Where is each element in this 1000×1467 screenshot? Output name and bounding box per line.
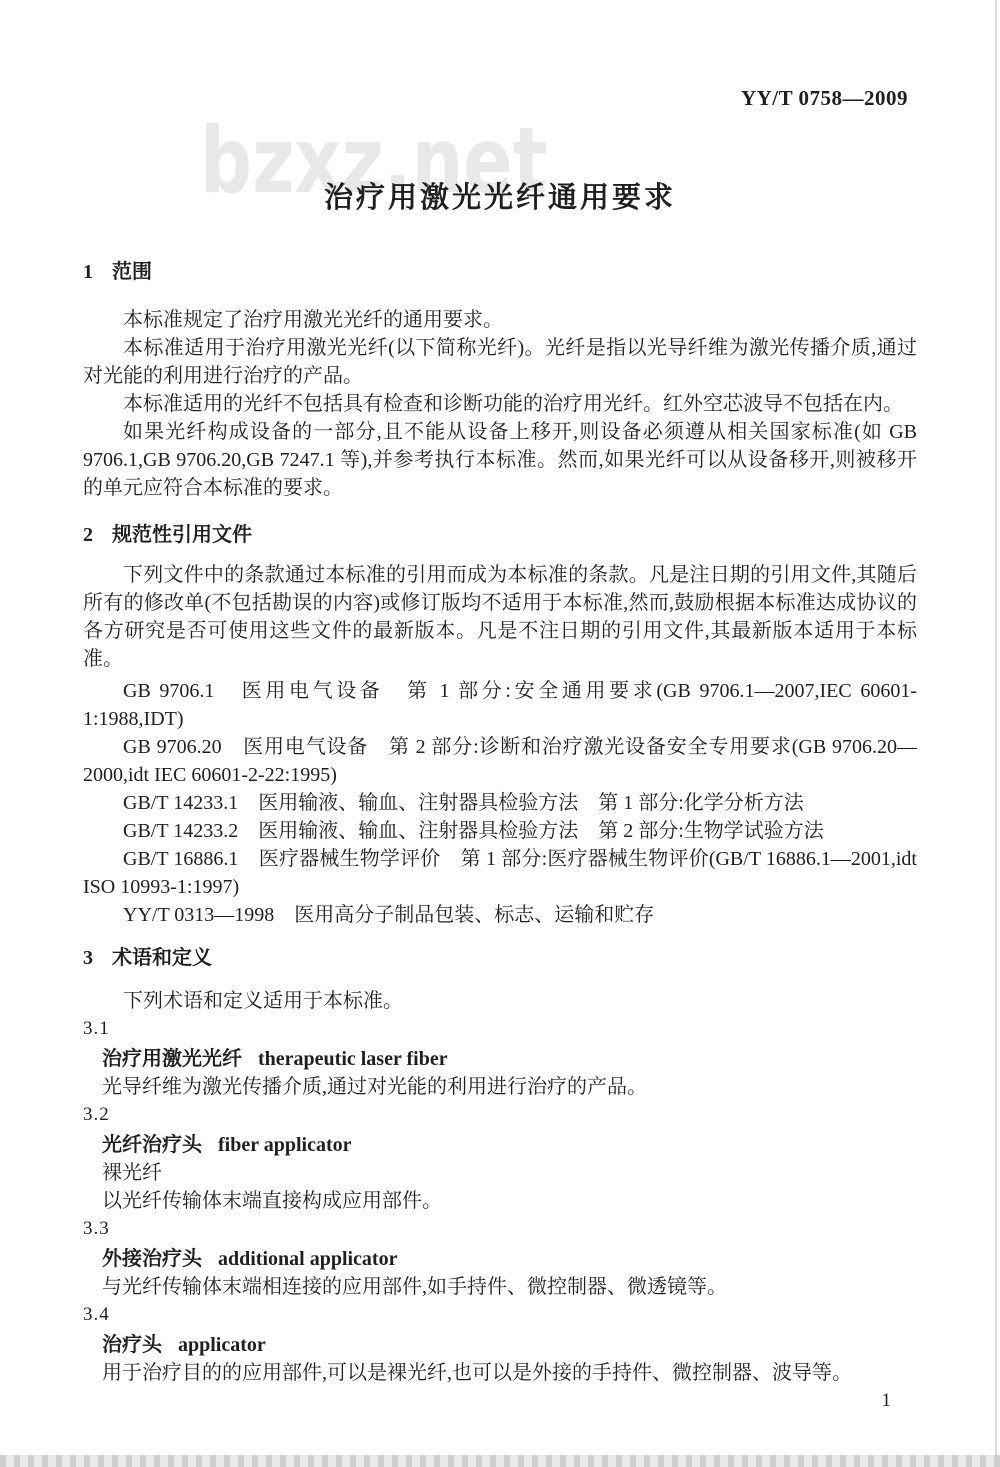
term-name-en: additional applicator: [218, 1248, 397, 1270]
section-3-heading: 3术语和定义: [83, 944, 917, 972]
page-number: 1: [83, 1387, 917, 1415]
section-1-heading: 1范围: [83, 258, 917, 286]
clause-number: 3.1: [83, 1015, 917, 1043]
paragraph: 如果光纤构成设备的一部分,且不能从设备上移开,则设备必须遵从相关国家标准(如 G…: [83, 418, 917, 502]
section-2-heading: 2规范性引用文件: [83, 521, 917, 549]
document-title: 治疗用激光光纤通用要求: [83, 180, 917, 216]
term-name-zh: 外接治疗头: [102, 1248, 202, 1270]
standard-code: YY/T 0758—2009: [83, 84, 917, 112]
section-3-number: 3: [83, 944, 112, 972]
term-name-en: therapeutic laser fiber: [258, 1048, 448, 1070]
reference-item: GB/T 14233.1 医用输液、输血、注射器具检验方法 第 1 部分:化学分…: [83, 789, 917, 817]
reference-item: GB 9706.1 医用电气设备 第 1 部分:安全通用要求(GB 9706.1…: [83, 677, 917, 733]
clause-number: 3.4: [83, 1301, 917, 1329]
reference-item: GB/T 16886.1 医疗器械生物学评价 第 1 部分:医疗器械生物评价(G…: [83, 845, 917, 901]
term-entry: 治疗用激光光纤therapeutic laser fiber: [102, 1045, 917, 1073]
term-entry: 治疗头applicator: [102, 1331, 917, 1359]
paragraph: 下列文件中的条款通过本标准的引用而成为本标准的条款。凡是注日期的引用文件,其随后…: [83, 561, 917, 673]
document-page: bzxz.net YY/T 0758—2009 治疗用激光光纤通用要求 1范围 …: [0, 0, 1000, 1467]
reference-item: GB/T 14233.2 医用输液、输血、注射器具检验方法 第 2 部分:生物学…: [83, 817, 917, 845]
reference-list: GB 9706.1 医用电气设备 第 1 部分:安全通用要求(GB 9706.1…: [83, 677, 917, 929]
paragraph: 本标准规定了治疗用激光光纤的通用要求。: [83, 306, 917, 334]
reference-item: GB 9706.20 医用电气设备 第 2 部分:诊断和治疗激光设备安全专用要求…: [83, 733, 917, 789]
term-definition: 以光纤传输体末端直接构成应用部件。: [102, 1187, 917, 1215]
term-entry: 外接治疗头additional applicator: [102, 1245, 917, 1273]
term-name-zh: 治疗头: [102, 1334, 162, 1356]
scan-bottom-strip: [0, 1455, 1000, 1467]
term-name-en: fiber applicator: [218, 1134, 352, 1156]
clause-number: 3.3: [83, 1215, 917, 1243]
paragraph: 本标准适用于治疗用激光光纤(以下简称光纤)。光纤是指以光导纤维为激光传播介质,通…: [83, 334, 917, 390]
paragraph: 下列术语和定义适用于本标准。: [83, 987, 917, 1015]
term-definition: 用于治疗目的的应用部件,可以是裸光纤,也可以是外接的手持件、微控制器、波导等。: [102, 1359, 917, 1387]
clause-number: 3.2: [83, 1101, 917, 1129]
paragraph: 本标准适用的光纤不包括具有检查和诊断功能的治疗用光纤。红外空芯波导不包括在内。: [83, 390, 917, 418]
section-3-title: 术语和定义: [112, 947, 212, 969]
section-1-number: 1: [83, 258, 112, 286]
scan-edge-line: [995, 0, 997, 1467]
term-name-zh: 治疗用激光光纤: [102, 1048, 242, 1070]
section-2-number: 2: [83, 521, 112, 549]
term-name-en: applicator: [178, 1334, 266, 1356]
term-definition: 光导纤维为激光传播介质,通过对光能的利用进行治疗的产品。: [102, 1073, 917, 1101]
term-alias: 裸光纤: [102, 1159, 917, 1187]
term-entry: 光纤治疗头fiber applicator: [102, 1131, 917, 1159]
term-definition: 与光纤传输体末端相连接的应用部件,如手持件、微控制器、微透镜等。: [102, 1273, 917, 1301]
section-1-title: 范围: [112, 261, 152, 283]
term-name-zh: 光纤治疗头: [102, 1134, 202, 1156]
reference-item: YY/T 0313—1998 医用高分子制品包装、标志、运输和贮存: [83, 901, 917, 929]
section-2-title: 规范性引用文件: [112, 524, 252, 546]
